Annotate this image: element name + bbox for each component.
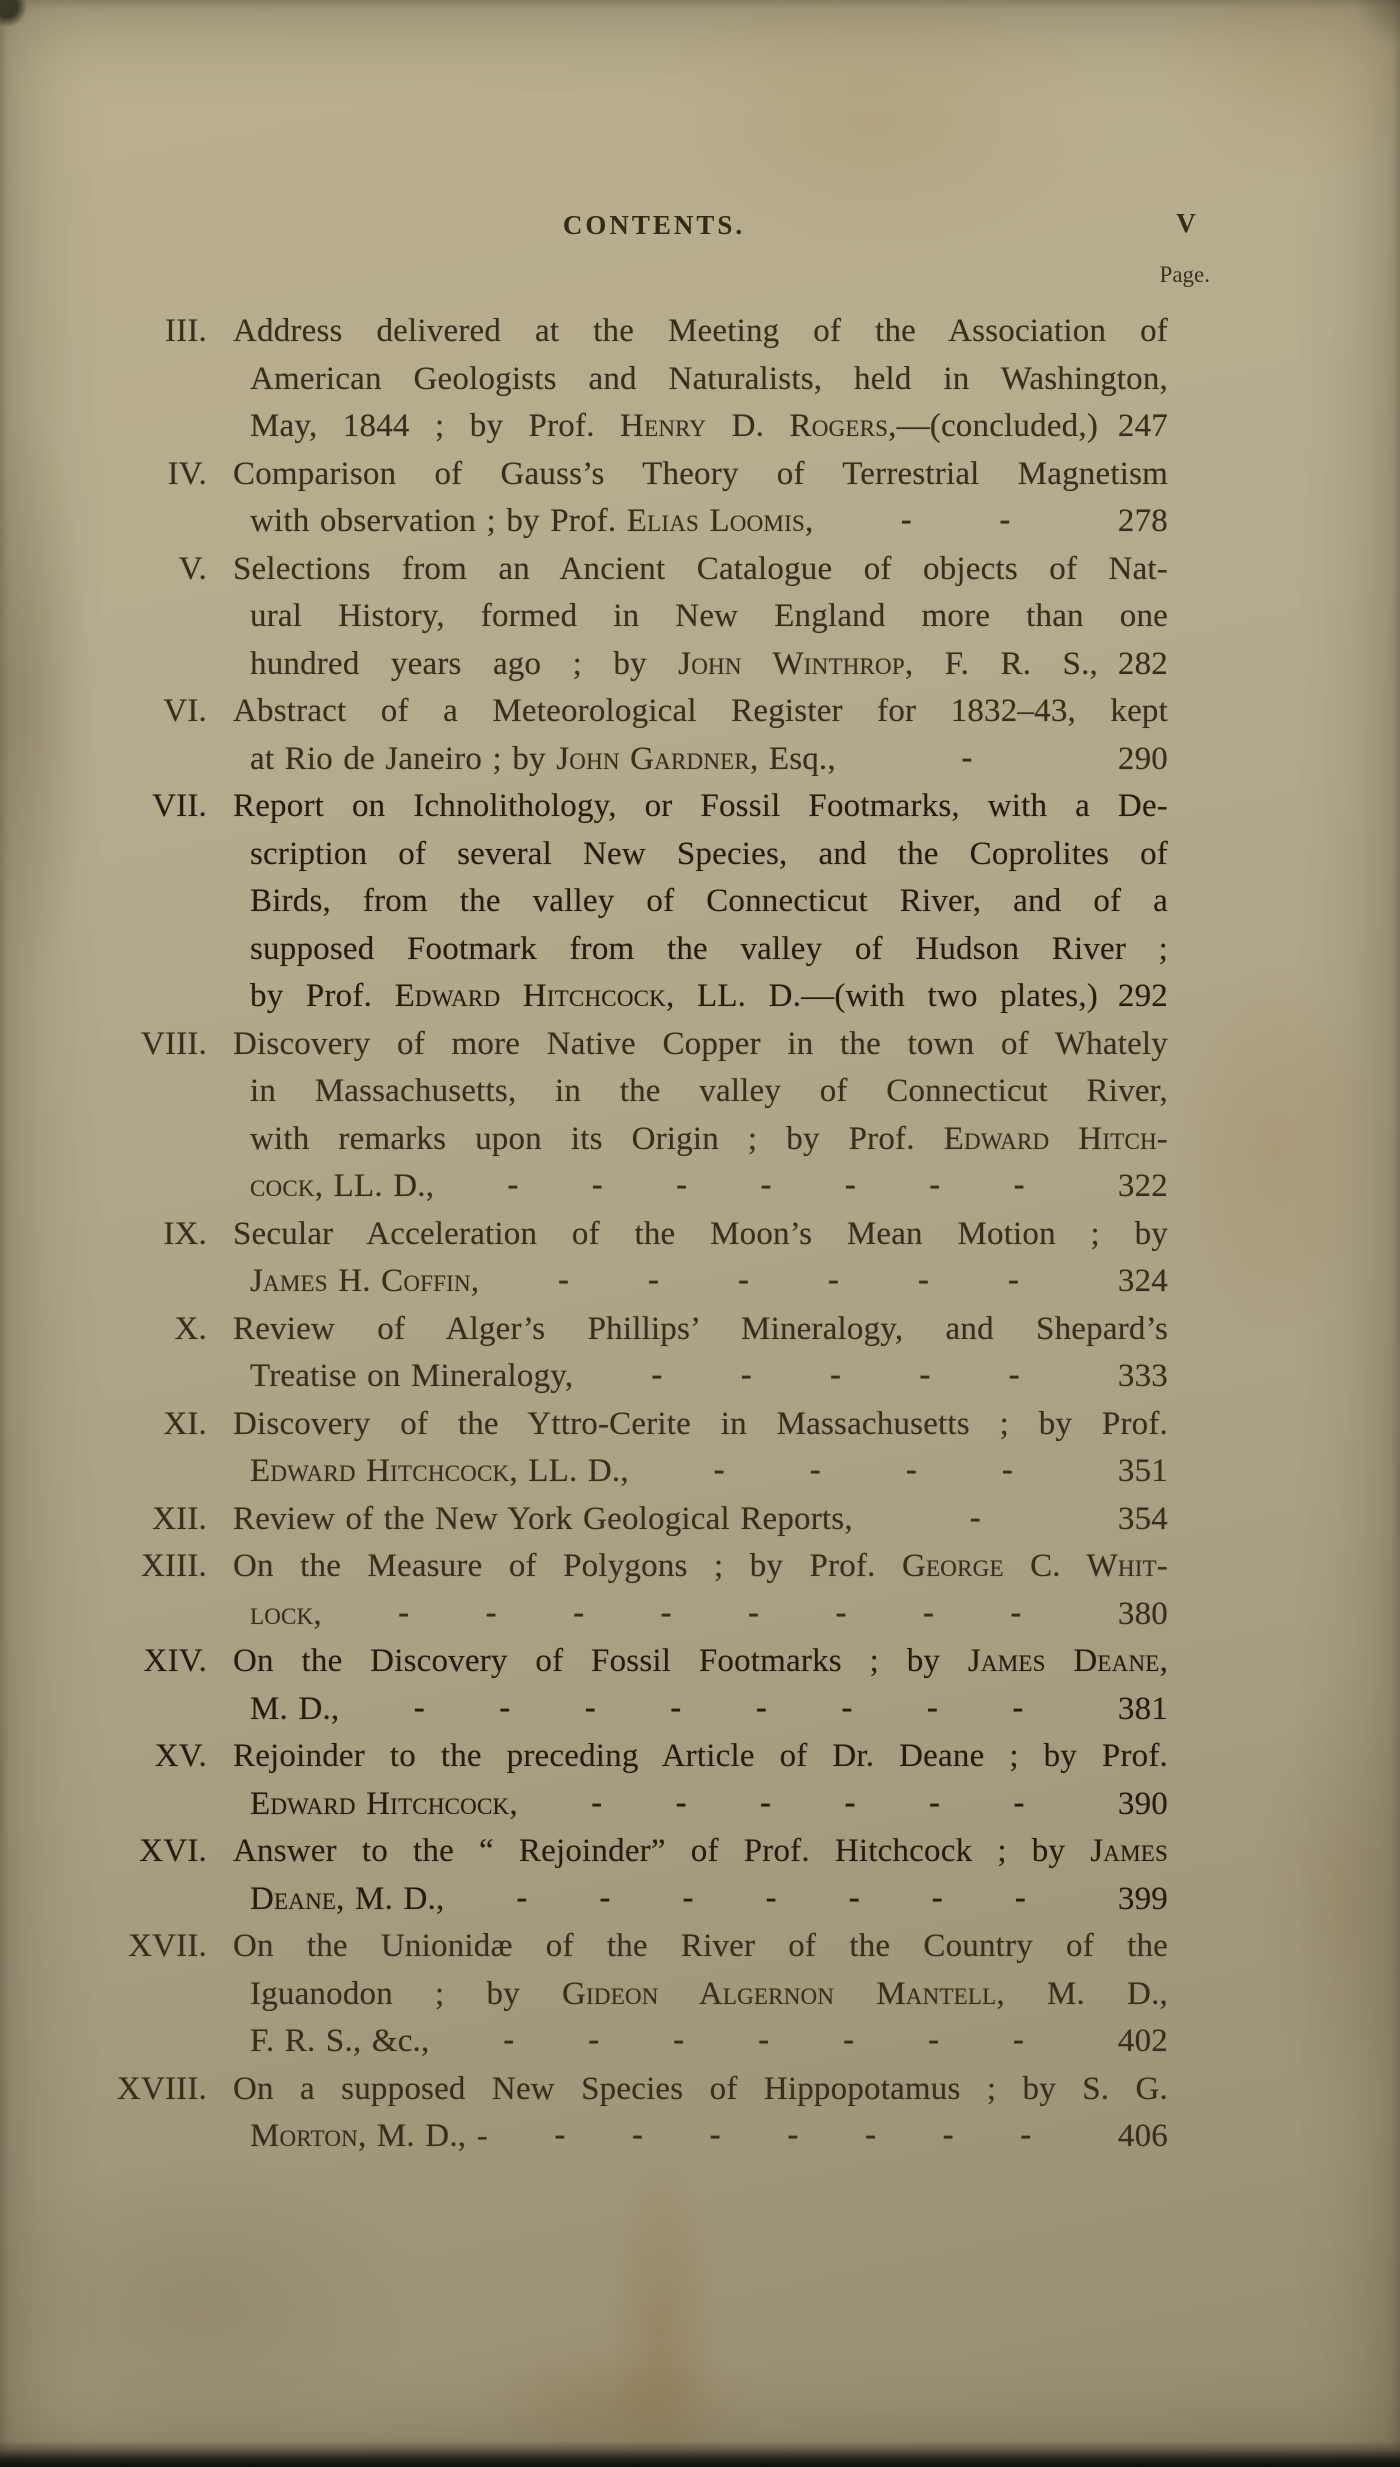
entry-page-number: 406 (1098, 2113, 1168, 2161)
entry-text-segment: , (313, 1596, 321, 1632)
entry-text-segment: hundred years ago ; by (250, 646, 678, 682)
entry-page-number: 278 (1098, 498, 1168, 546)
entry-numeral-cell: XVI. (140, 1828, 220, 1876)
leader-dash: - (398, 1591, 409, 1635)
entry-numeral: XVIII. (117, 2066, 207, 2114)
entry-text: with observation ; by Prof. Elias Loomis… (220, 498, 813, 546)
leader-dash: - (760, 1781, 771, 1825)
toc-line: Edward Hitchcock, LL. D.,----351 (140, 1448, 1168, 1496)
toc-entry-iii: III.Address delivered at the Meeting of … (140, 308, 1168, 451)
toc-entry-xiv: XIV.On the Discovery of Fossil Footmarks… (140, 1638, 1168, 1733)
toc-entry-v: V.Selections from an Ancient Catalogue o… (140, 546, 1168, 689)
entry-numeral: XII. (152, 1496, 207, 1544)
dash-leader: ------- (444, 1876, 1098, 1924)
entry-text-segment: Discovery of more Native Copper in the t… (233, 1026, 1168, 1062)
entry-text: On the Unionidæ of the River of the Coun… (220, 1923, 1168, 1971)
leader-dash: - (486, 1591, 497, 1635)
leader-dash: - (928, 2018, 939, 2062)
entry-text-segment: American Geologists and Naturalists, hel… (250, 361, 1168, 397)
toc-entries: III.Address delivered at the Meeting of … (140, 308, 1168, 2161)
entry-page-number: 381 (1098, 1686, 1168, 1734)
toc-line: Iguanodon ; by Gideon Algernon Mantell, … (140, 1971, 1168, 2019)
dash-leader: -- (813, 498, 1098, 546)
entry-text-segment: Birds, from the valley of Connecticut Ri… (250, 883, 1168, 919)
leader-dash: - (516, 1876, 527, 1920)
leader-dash: - (414, 1686, 425, 1730)
entry-numeral: X. (175, 1306, 207, 1354)
leader-dash: - (1014, 1163, 1025, 1207)
toc-line: Edward Hitchcock,------390 (140, 1781, 1168, 1829)
entry-text-segment: Abstract of a Meteorological Register fo… (233, 693, 1168, 729)
leader-dash: - (554, 2113, 565, 2157)
entry-numeral: XV. (155, 1733, 207, 1781)
leader-dash: - (865, 2113, 876, 2157)
author-name-smallcaps: Elias Loomis (627, 503, 805, 539)
entry-text: On a supposed New Species of Hippopotamu… (220, 2066, 1168, 2114)
scan-edge-bottom (0, 2441, 1400, 2467)
entry-text-segment: Treatise on Mineralogy, (250, 1358, 573, 1394)
entry-numeral-cell (140, 831, 220, 879)
entry-text-segment: ,—(concluded,) (888, 408, 1098, 444)
entry-text-segment: , LL. D., (509, 1453, 628, 1489)
toc-line: X.Review of Alger’s Phillips’ Mineralogy… (140, 1306, 1168, 1354)
entry-numeral-cell (140, 1163, 220, 1211)
entry-numeral-cell (140, 1781, 220, 1829)
toc-line: XIII.On the Measure of Polygons ; by Pro… (140, 1543, 1168, 1591)
entry-text-segment: scription of several New Species, and th… (250, 836, 1168, 872)
entry-text-segment: Comparison of Gauss’s Theory of Terrestr… (233, 456, 1168, 492)
leader-dash: - (830, 1353, 841, 1397)
entry-numeral-cell: III. (140, 308, 220, 356)
entry-numeral-cell (140, 2018, 220, 2066)
entry-numeral-cell: XI. (140, 1401, 220, 1449)
author-name-smallcaps: George C. Whit- (902, 1548, 1168, 1584)
leader-dash: - (756, 1686, 767, 1730)
page-header-title: CONTENTS. (140, 210, 1168, 241)
leader-dash: - (901, 498, 912, 542)
entry-text: Discovery of the Yttro-Cerite in Massach… (220, 1401, 1168, 1449)
entry-text: Address delivered at the Meeting of the … (220, 308, 1168, 356)
author-name-smallcaps: James H. Coffin (250, 1263, 471, 1299)
entry-text: with remarks upon its Origin ; by Prof. … (220, 1116, 1168, 1164)
entry-text: Iguanodon ; by Gideon Algernon Mantell, … (220, 1971, 1168, 2019)
toc-entry-xvii: XVII.On the Unionidæ of the River of the… (140, 1923, 1168, 2066)
entry-text: Secular Acceleration of the Moon’s Mean … (220, 1211, 1168, 1259)
leader-dash: - (573, 1591, 584, 1635)
entry-numeral-cell (140, 2113, 220, 2161)
entry-numeral-cell: VIII. (140, 1021, 220, 1069)
entry-numeral-cell (140, 1876, 220, 1924)
entry-page-number: 247 (1098, 403, 1168, 451)
leader-dash: - (758, 2018, 769, 2062)
leader-dash: - (588, 2018, 599, 2062)
leader-dash: - (507, 1163, 518, 1207)
toc-entry-xviii: XVIII.On a supposed New Species of Hippo… (140, 2066, 1168, 2161)
author-name-smallcaps: Gideon Algernon Mantell (562, 1976, 996, 2012)
entry-text-segment: F. R. S., &c., (250, 2023, 429, 2059)
leader-dash: - (503, 2018, 514, 2062)
entry-numeral: IV. (168, 451, 207, 499)
dash-leader: ------- (429, 2018, 1098, 2066)
entry-text-segment: , LL. D., (315, 1168, 434, 1204)
entry-page-number: 282 (1098, 641, 1168, 689)
entry-text-segment: supposed Footmark from the valley of Hud… (250, 931, 1168, 967)
leader-dash: - (923, 1591, 934, 1635)
entry-text: hundred years ago ; by John Winthrop, F.… (220, 641, 1098, 689)
entry-text: On the Discovery of Fossil Footmarks ; b… (220, 1638, 1168, 1686)
dash-leader: ------- (434, 1163, 1098, 1211)
leader-dash: - (738, 1258, 749, 1302)
author-name-smallcaps: Edward Hitchcock (250, 1453, 509, 1489)
entry-numeral-cell (140, 878, 220, 926)
entry-numeral-cell: XVII. (140, 1923, 220, 1971)
entry-text-segment: Selections from an Ancient Catalogue of … (233, 551, 1168, 587)
toc-line: Morton, M. D., --------406 (140, 2113, 1168, 2161)
leader-dash: - (748, 1591, 759, 1635)
dash-leader: -------- (322, 1591, 1098, 1639)
entry-text: May, 1844 ; by Prof. Henry D. Rogers,—(c… (220, 403, 1098, 451)
entry-numeral-cell: XVIII. (140, 2066, 220, 2114)
entry-numeral-cell (140, 1686, 220, 1734)
leader-dash: - (1015, 1876, 1026, 1920)
entry-page-number: 333 (1098, 1353, 1168, 1401)
entry-text: Selections from an Ancient Catalogue of … (220, 546, 1168, 594)
entry-numeral-cell (140, 736, 220, 784)
entry-page-number: 290 (1098, 736, 1168, 784)
toc-line: May, 1844 ; by Prof. Henry D. Rogers,—(c… (140, 403, 1168, 451)
entry-text-segment: , M. D., - (358, 2118, 488, 2154)
entry-text: Birds, from the valley of Connecticut Ri… (220, 878, 1168, 926)
entry-numeral: XIII. (141, 1543, 207, 1591)
entry-text: ural History, formed in New England more… (220, 593, 1168, 641)
entry-text: Deane, M. D., (220, 1876, 444, 1924)
entry-numeral-cell: XIV. (140, 1638, 220, 1686)
entry-numeral: VII. (152, 783, 207, 831)
entry-page-number: 390 (1098, 1781, 1168, 1829)
entry-text-segment: , (471, 1263, 479, 1299)
toc-line: XIV.On the Discovery of Fossil Footmarks… (140, 1638, 1168, 1686)
entry-text-segment: On a supposed New Species of Hippopotamu… (233, 2071, 1168, 2107)
dash-leader: - (836, 736, 1098, 784)
leader-dash: - (651, 1353, 662, 1397)
toc-line: with remarks upon its Origin ; by Prof. … (140, 1116, 1168, 1164)
entry-numeral-cell: IX. (140, 1211, 220, 1259)
leader-dash: - (673, 2018, 684, 2062)
entry-numeral-cell: VII. (140, 783, 220, 831)
entry-text: F. R. S., &c., (220, 2018, 429, 2066)
entry-numeral-cell (140, 1591, 220, 1639)
entry-numeral-cell: X. (140, 1306, 220, 1354)
entry-text-segment: , Esq., (750, 741, 836, 777)
leader-dash: - (849, 1876, 860, 1920)
leader-dash: - (828, 1258, 839, 1302)
entry-text: Answer to the “ Rejoinder” of Prof. Hitc… (220, 1828, 1168, 1876)
entry-text-segment: by Prof. (250, 978, 395, 1014)
leader-dash: - (843, 2018, 854, 2062)
entry-numeral-cell (140, 403, 220, 451)
dash-leader: ------ (518, 1781, 1098, 1829)
author-name-smallcaps: Henry D. Rogers (620, 408, 888, 444)
toc-line: XVIII.On a supposed New Species of Hippo… (140, 2066, 1168, 2114)
author-name-smallcaps: John Gardner (556, 741, 750, 777)
toc-line: in Massachusetts, in the valley of Conne… (140, 1068, 1168, 1116)
dash-leader: - (853, 1496, 1098, 1544)
leader-dash: - (741, 1353, 752, 1397)
entry-text-segment: Answer to the “ Rejoinder” of Prof. Hitc… (233, 1833, 1090, 1869)
leader-dash: - (845, 1781, 856, 1825)
entry-text: lock, (220, 1591, 322, 1639)
toc-line: ural History, formed in New England more… (140, 593, 1168, 641)
toc-line: lock,--------380 (140, 1591, 1168, 1639)
leader-dash: - (670, 1686, 681, 1730)
author-name-smallcaps: lock (250, 1596, 313, 1632)
toc-line: with observation ; by Prof. Elias Loomis… (140, 498, 1168, 546)
entry-numeral-cell (140, 1353, 220, 1401)
leader-dash: - (585, 1686, 596, 1730)
leader-dash: - (714, 1448, 725, 1492)
toc-line: cock, LL. D.,-------322 (140, 1163, 1168, 1211)
toc-line: V.Selections from an Ancient Catalogue o… (140, 546, 1168, 594)
leader-dash: - (676, 1781, 687, 1825)
toc-line: F. R. S., &c.,-------402 (140, 2018, 1168, 2066)
leader-dash: - (943, 2113, 954, 2157)
entry-page-number: 351 (1098, 1448, 1168, 1496)
entry-numeral-cell (140, 593, 220, 641)
entry-text-segment: M. D., (250, 1691, 339, 1727)
toc-line: scription of several New Species, and th… (140, 831, 1168, 879)
page-column-label: Page. (1010, 262, 1210, 288)
entry-text-segment: Review of the New York Geological Report… (233, 1501, 853, 1537)
entry-text: Discovery of more Native Copper in the t… (220, 1021, 1168, 1069)
dash-leader: ----- (573, 1353, 1098, 1401)
entry-numeral: XIV. (144, 1638, 207, 1686)
entry-text-segment: On the Unionidæ of the River of the Coun… (233, 1928, 1168, 1964)
entry-text-segment: Review of Alger’s Phillips’ Mineralogy, … (233, 1311, 1168, 1347)
toc-line: III.Address delivered at the Meeting of … (140, 308, 1168, 356)
entry-text: Edward Hitchcock, LL. D., (220, 1448, 629, 1496)
entry-numeral: VIII. (141, 1021, 207, 1069)
entry-text: James H. Coffin, (220, 1258, 479, 1306)
toc-entry-vi: VI.Abstract of a Meteorological Register… (140, 688, 1168, 783)
entry-text-segment: On the Discovery of Fossil Footmarks ; b… (233, 1643, 968, 1679)
toc-entry-xii: XII.Review of the New York Geological Re… (140, 1496, 1168, 1544)
leader-dash: - (1012, 1686, 1023, 1730)
leader-dash: - (919, 1353, 930, 1397)
toc-line: XII.Review of the New York Geological Re… (140, 1496, 1168, 1544)
toc-line: Deane, M. D.,-------399 (140, 1876, 1168, 1924)
entry-text-segment: , (805, 503, 813, 539)
toc-entry-viii: VIII.Discovery of more Native Copper in … (140, 1021, 1168, 1211)
entry-text-segment: in Massachusetts, in the valley of Conne… (250, 1073, 1168, 1109)
author-name-smallcaps: Edward Hitchcock (395, 978, 666, 1014)
toc-line: Birds, from the valley of Connecticut Ri… (140, 878, 1168, 926)
entry-page-number: 399 (1098, 1876, 1168, 1924)
entry-text: at Rio de Janeiro ; by John Gardner, Esq… (220, 736, 836, 784)
leader-dash: - (592, 1163, 603, 1207)
leader-dash: - (1013, 2018, 1024, 2062)
entry-text: Comparison of Gauss’s Theory of Terrestr… (220, 451, 1168, 499)
author-name-smallcaps: Edward Hitchcock (250, 1786, 509, 1822)
entry-page-number: 324 (1098, 1258, 1168, 1306)
leader-dash: - (927, 1686, 938, 1730)
leader-dash: - (835, 1591, 846, 1635)
entry-text: Abstract of a Meteorological Register fo… (220, 688, 1168, 736)
toc-line: M. D.,--------381 (140, 1686, 1168, 1734)
entry-page-number: 402 (1098, 2018, 1168, 2066)
author-name-smallcaps: Deane (250, 1881, 336, 1917)
leader-dash: - (661, 1591, 672, 1635)
toc-line: by Prof. Edward Hitchcock, LL. D.—(with … (140, 973, 1168, 1021)
entry-numeral-cell: VI. (140, 688, 220, 736)
entry-text-segment: with observation ; by Prof. (250, 503, 627, 539)
entry-text: by Prof. Edward Hitchcock, LL. D.—(with … (220, 973, 1098, 1021)
entry-text: Edward Hitchcock, (220, 1781, 518, 1829)
leader-dash: - (1008, 1258, 1019, 1302)
entry-numeral-cell (140, 1068, 220, 1116)
leader-dash: - (766, 1876, 777, 1920)
entry-numeral-cell (140, 973, 220, 1021)
toc-entry-xv: XV.Rejoinder to the preceding Article of… (140, 1733, 1168, 1828)
entry-numeral: XI. (163, 1401, 207, 1449)
author-name-smallcaps: Edward Hitch- (944, 1121, 1168, 1157)
entry-text-segment: Rejoinder to the preceding Article of Dr… (233, 1738, 1168, 1774)
entry-numeral-cell (140, 498, 220, 546)
entry-text: cock, LL. D., (220, 1163, 434, 1211)
entry-text-segment: Iguanodon ; by (250, 1976, 562, 2012)
entry-text-segment: , M. D., (996, 1976, 1168, 2012)
toc-line: at Rio de Janeiro ; by John Gardner, Esq… (140, 736, 1168, 784)
toc-entry-iv: IV.Comparison of Gauss’s Theory of Terre… (140, 451, 1168, 546)
entry-text-segment: , LL. D.—(with two plates,) (666, 978, 1098, 1014)
leader-dash: - (961, 736, 972, 780)
toc-line: American Geologists and Naturalists, hel… (140, 356, 1168, 404)
leader-dash: - (1010, 1591, 1021, 1635)
toc-entry-x: X.Review of Alger’s Phillips’ Mineralogy… (140, 1306, 1168, 1401)
entry-text: On the Measure of Polygons ; by Prof. Ge… (220, 1543, 1168, 1591)
page-folio-number: V (1156, 208, 1216, 239)
entry-numeral-cell (140, 1971, 220, 2019)
toc-line: IX.Secular Acceleration of the Moon’s Me… (140, 1211, 1168, 1259)
entry-text: Rejoinder to the preceding Article of Dr… (220, 1733, 1168, 1781)
leader-dash: - (558, 1258, 569, 1302)
entry-page-number: 380 (1098, 1591, 1168, 1639)
leader-dash: - (499, 1686, 510, 1730)
dash-leader: ------- (488, 2113, 1098, 2161)
entry-numeral-cell (140, 1116, 220, 1164)
toc-line: XVI.Answer to the “ Rejoinder” of Prof. … (140, 1828, 1168, 1876)
entry-numeral-cell (140, 1258, 220, 1306)
scanned-book-page: CONTENTS. V Page. III.Address delivered … (0, 0, 1400, 2467)
leader-dash: - (787, 2113, 798, 2157)
entry-page-number: 354 (1098, 1496, 1168, 1544)
entry-text: supposed Footmark from the valley of Hud… (220, 926, 1168, 974)
author-name-smallcaps: James (1090, 1833, 1168, 1869)
leader-dash: - (1014, 1781, 1025, 1825)
leader-dash: - (918, 1258, 929, 1302)
leader-dash: - (599, 1876, 610, 1920)
toc-entry-xiii: XIII.On the Measure of Polygons ; by Pro… (140, 1543, 1168, 1638)
dash-leader: ---- (629, 1448, 1098, 1496)
leader-dash: - (1002, 1448, 1013, 1492)
toc-entry-ix: IX.Secular Acceleration of the Moon’s Me… (140, 1211, 1168, 1306)
entry-text: Report on Ichnolithology, or Fossil Foot… (220, 783, 1168, 831)
leader-dash: - (906, 1448, 917, 1492)
entry-numeral-cell: V. (140, 546, 220, 594)
entry-numeral-cell: XIII. (140, 1543, 220, 1591)
toc-line: XI.Discovery of the Yttro-Cerite in Mass… (140, 1401, 1168, 1449)
toc-line: supposed Footmark from the valley of Hud… (140, 926, 1168, 974)
entry-numeral: V. (179, 546, 207, 594)
entry-numeral: III. (165, 308, 207, 356)
entry-text: Treatise on Mineralogy, (220, 1353, 573, 1401)
leader-dash: - (810, 1448, 821, 1492)
leader-dash: - (932, 1876, 943, 1920)
leader-dash: - (683, 1876, 694, 1920)
leader-dash: - (970, 1496, 981, 1540)
leader-dash: - (929, 1163, 940, 1207)
entry-numeral: XVII. (128, 1923, 207, 1971)
entry-text-segment: Address delivered at the Meeting of the … (233, 313, 1168, 349)
toc-entry-vii: VII.Report on Ichnolithology, or Fossil … (140, 783, 1168, 1021)
entry-numeral-cell (140, 641, 220, 689)
entry-numeral: IX. (163, 1211, 207, 1259)
leader-dash: - (591, 1781, 602, 1825)
entry-text-segment: , (1160, 1643, 1168, 1679)
leader-dash: - (999, 498, 1010, 542)
entry-text-segment: , M. D., (336, 1881, 444, 1917)
toc-line: IV.Comparison of Gauss’s Theory of Terre… (140, 451, 1168, 499)
entry-text-segment: Report on Ichnolithology, or Fossil Foot… (233, 788, 1168, 824)
author-name-smallcaps: Morton (250, 2118, 358, 2154)
entry-text-segment: , (509, 1786, 517, 1822)
entry-text: Morton, M. D., - (220, 2113, 488, 2161)
entry-page-number: 322 (1098, 1163, 1168, 1211)
toc-line: hundred years ago ; by John Winthrop, F.… (140, 641, 1168, 689)
entry-text: in Massachusetts, in the valley of Conne… (220, 1068, 1168, 1116)
leader-dash: - (648, 1258, 659, 1302)
entry-numeral-cell: XV. (140, 1733, 220, 1781)
toc-entry-xi: XI.Discovery of the Yttro-Cerite in Mass… (140, 1401, 1168, 1496)
entry-text: Review of Alger’s Phillips’ Mineralogy, … (220, 1306, 1168, 1354)
entry-text: M. D., (220, 1686, 339, 1734)
leader-dash: - (1009, 1353, 1020, 1397)
entry-text: American Geologists and Naturalists, hel… (220, 356, 1168, 404)
toc-line: VII.Report on Ichnolithology, or Fossil … (140, 783, 1168, 831)
author-name-smallcaps: James Deane (968, 1643, 1160, 1679)
leader-dash: - (632, 2113, 643, 2157)
leader-dash: - (845, 1163, 856, 1207)
entry-numeral: VI. (163, 688, 207, 736)
author-name-smallcaps: cock (250, 1168, 315, 1204)
leader-dash: - (1020, 2113, 1031, 2157)
toc-line: Treatise on Mineralogy,-----333 (140, 1353, 1168, 1401)
dash-leader: -------- (339, 1686, 1098, 1734)
toc-line: James H. Coffin,------324 (140, 1258, 1168, 1306)
leader-dash: - (760, 1163, 771, 1207)
entry-text-segment: Secular Acceleration of the Moon’s Mean … (233, 1216, 1168, 1252)
dash-leader: ------ (479, 1258, 1098, 1306)
toc-line: VIII.Discovery of more Native Copper in … (140, 1021, 1168, 1069)
toc-entry-xvi: XVI.Answer to the “ Rejoinder” of Prof. … (140, 1828, 1168, 1923)
entry-text: Review of the New York Geological Report… (220, 1496, 853, 1544)
entry-text-segment: On the Measure of Polygons ; by Prof. (233, 1548, 902, 1584)
leader-dash: - (710, 2113, 721, 2157)
leader-dash: - (676, 1163, 687, 1207)
author-name-smallcaps: John Winthrop (678, 646, 905, 682)
entry-text-segment: , F. R. S., (905, 646, 1098, 682)
entry-numeral-cell (140, 356, 220, 404)
leader-dash: - (929, 1781, 940, 1825)
